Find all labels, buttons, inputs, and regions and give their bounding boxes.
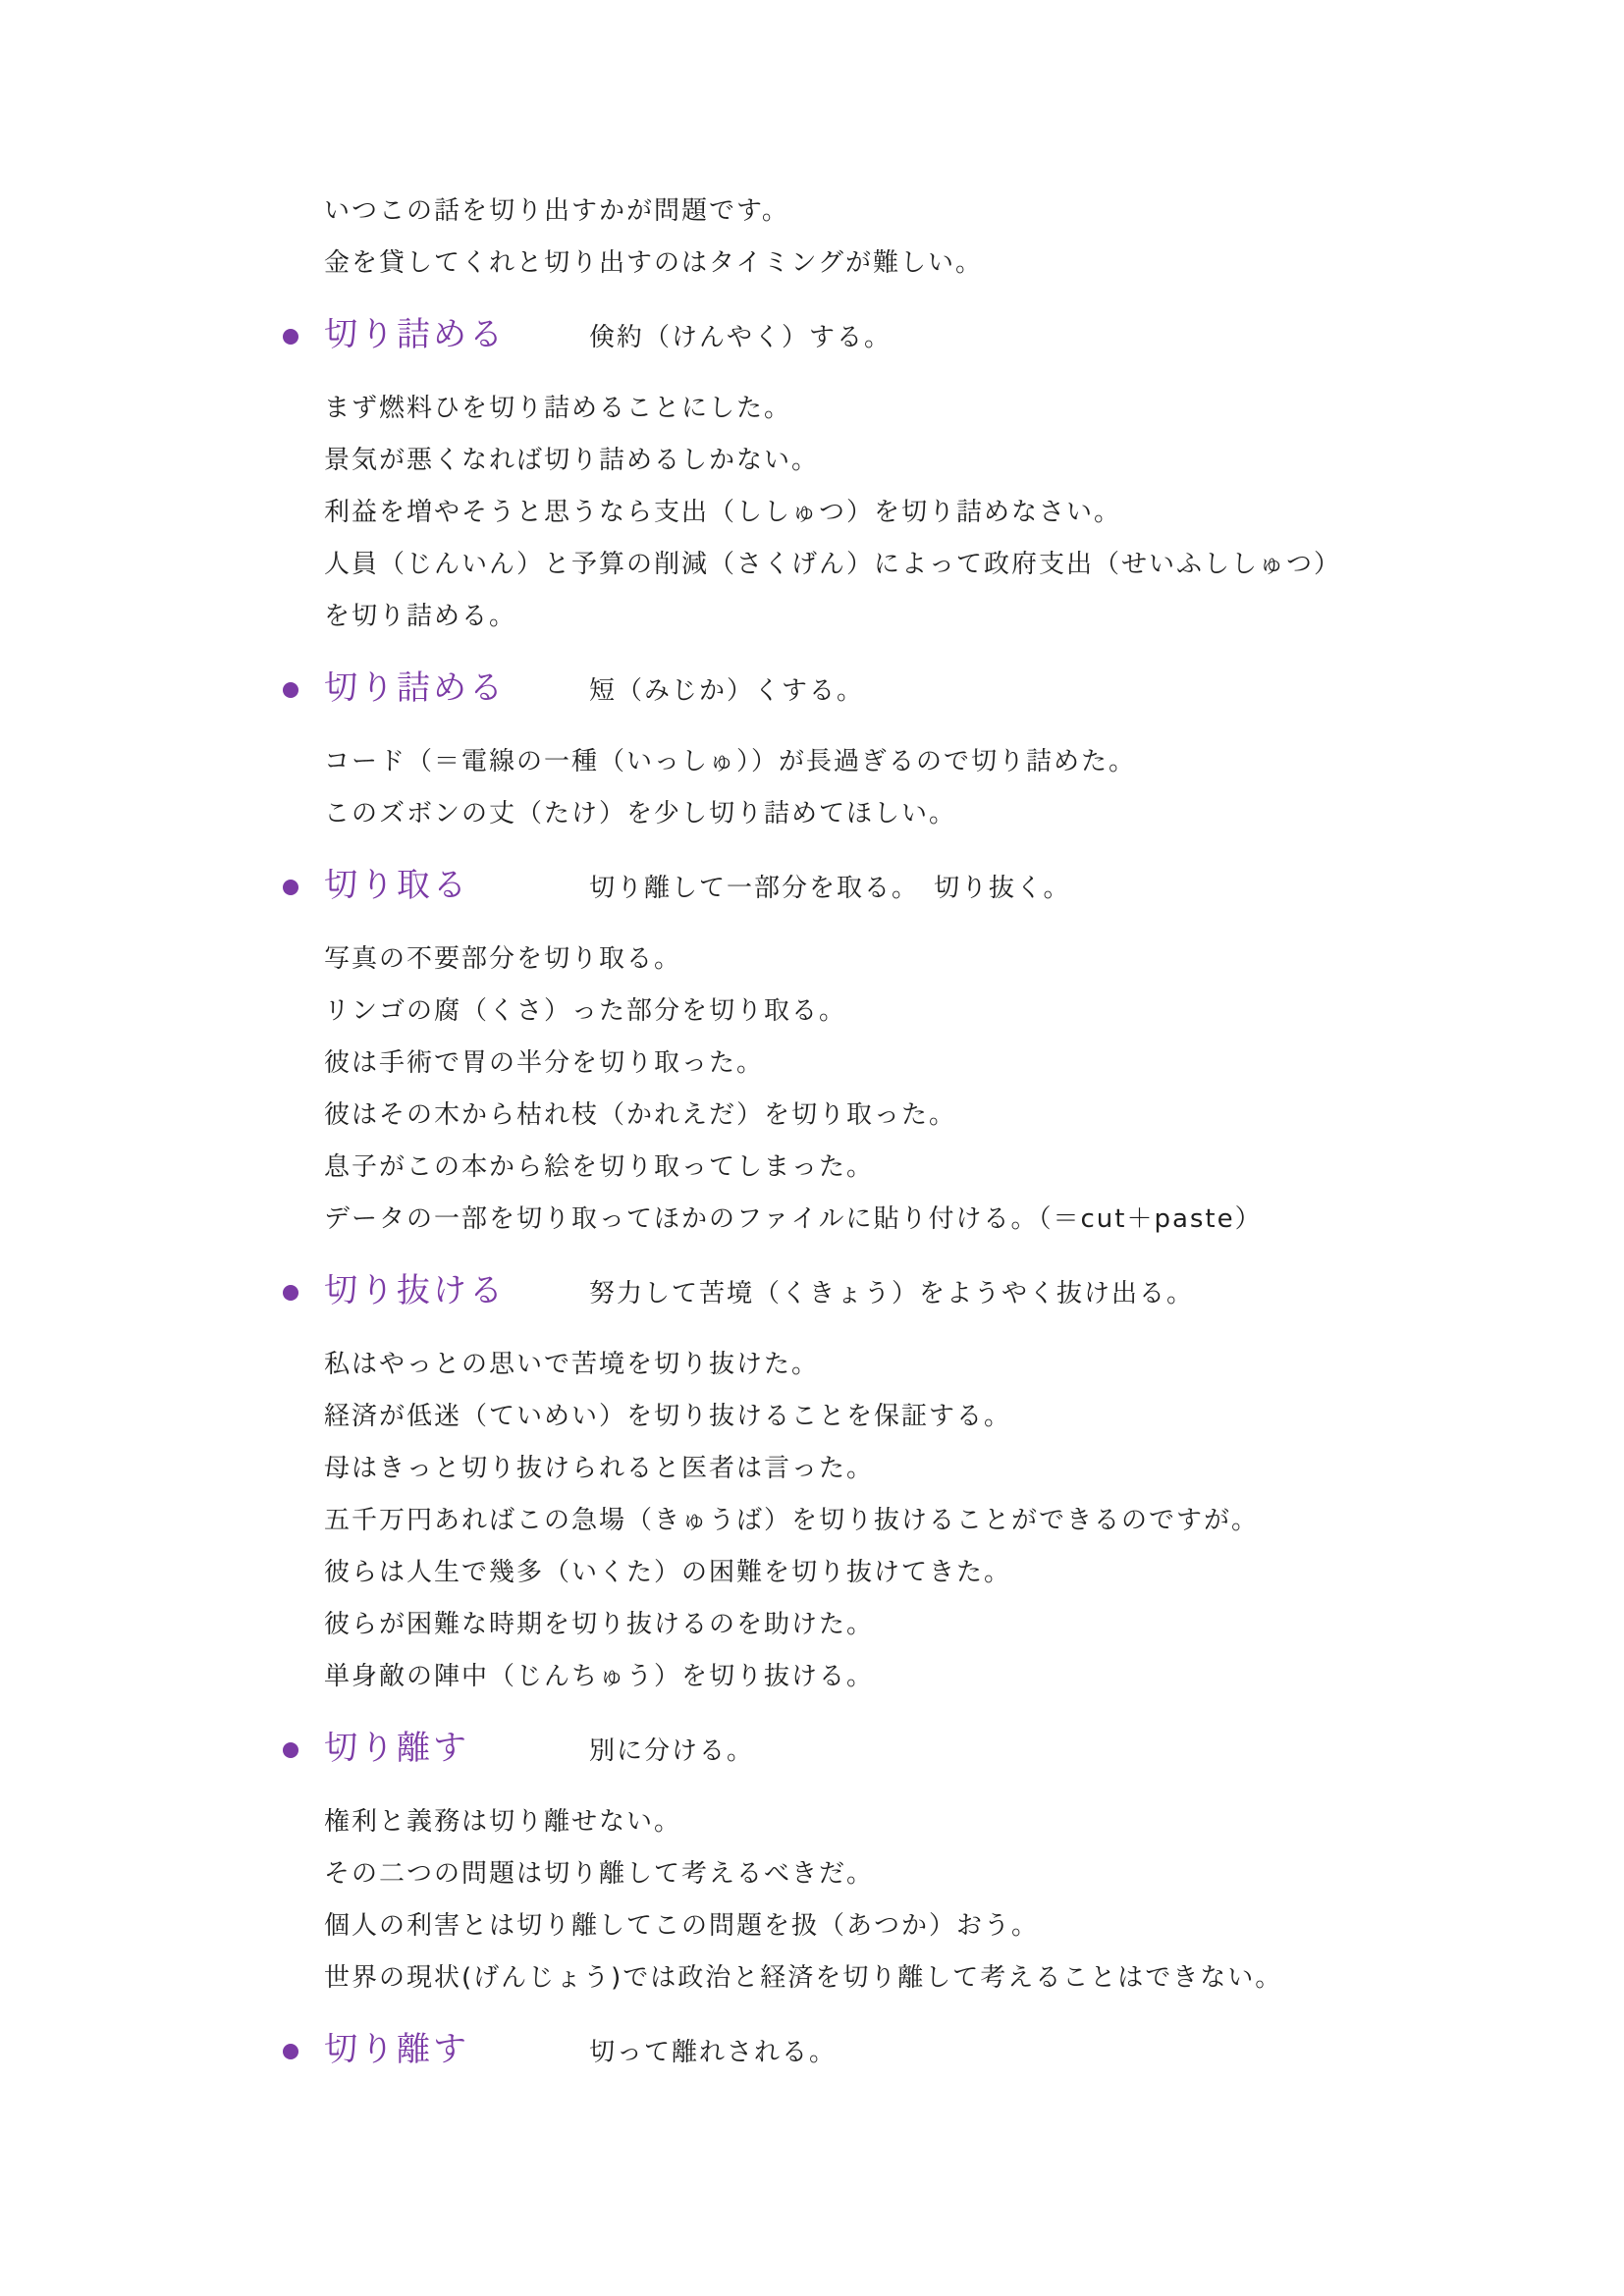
entry-header: 切り離す 別に分ける。 xyxy=(324,1723,1345,1778)
bullet-icon xyxy=(283,2044,298,2059)
intro-block: いつこの話を切り出すかが問題です。 金を貸してくれと切り出すのはタイミングが難し… xyxy=(324,186,1345,290)
headword: 切り詰める xyxy=(324,663,589,715)
examples-block: 権利と義務は切り離せない。 その二つの問題は切り離して考えるべきだ。 個人の利害… xyxy=(324,1796,1345,2004)
example-sentence: 母はきっと切り抜けられると医者は言った。 xyxy=(324,1443,1345,1495)
content-column: いつこの話を切り出すかが問題です。 金を貸してくれと切り出すのはタイミングが難し… xyxy=(324,186,1345,2079)
entry: 切り離す 切って離れされる。 xyxy=(324,2024,1345,2079)
entry-header: 切り詰める 短（みじか）くする。 xyxy=(324,663,1345,718)
example-sentence: 世界の現状(げんじょう)では政治と経済を切り離して考えることはできない。 xyxy=(324,1952,1345,2004)
intro-line: 金を貸してくれと切り出すのはタイミングが難しい。 xyxy=(324,238,1345,290)
example-sentence: 単身敵の陣中（じんちゅう）を切り抜ける。 xyxy=(324,1651,1345,1703)
example-sentence: 彼は手術で胃の半分を切り取った。 xyxy=(324,1038,1345,1090)
entry-header: 切り離す 切って離れされる。 xyxy=(324,2024,1345,2079)
entry: 切り詰める 短（みじか）くする。 コード（＝電線の一種（いっしゅ））が長過ぎるの… xyxy=(324,663,1345,840)
example-sentence: 写真の不要部分を切り取る。 xyxy=(324,934,1345,986)
example-sentence: その二つの問題は切り離して考えるべきだ。 xyxy=(324,1848,1345,1900)
example-sentence: 景気が悪くなれば切り詰めるしかない。 xyxy=(324,435,1345,487)
headword: 切り抜ける xyxy=(324,1265,589,1317)
bullet-icon xyxy=(283,329,298,345)
example-sentence: データの一部を切り取ってほかのファイルに貼り付ける。（＝cut＋paste） xyxy=(324,1194,1345,1246)
example-sentence: 彼はその木から枯れ枝（かれえだ）を切り取った。 xyxy=(324,1090,1345,1142)
example-sentence: コード（＝電線の一種（いっしゅ））が長過ぎるので切り詰めた。 xyxy=(324,736,1345,788)
examples-block: 写真の不要部分を切り取る。 リンゴの腐（くさ）った部分を切り取る。 彼は手術で胃… xyxy=(324,934,1345,1246)
examples-block: 私はやっとの思いで苦境を切り抜けた。 経済が低迷（ていめい）を切り抜けることを保… xyxy=(324,1339,1345,1703)
example-sentence: 彼らが困難な時期を切り抜けるのを助けた。 xyxy=(324,1599,1345,1651)
definition: 切って離れされる。 xyxy=(589,2027,837,2079)
entry-header: 切り抜ける 努力して苦境（くきょう）をようやく抜け出る。 xyxy=(324,1265,1345,1320)
example-sentence: リンゴの腐（くさ）った部分を切り取る。 xyxy=(324,986,1345,1038)
examples-block: コード（＝電線の一種（いっしゅ））が長過ぎるので切り詰めた。 このズボンの丈（た… xyxy=(324,736,1345,840)
example-sentence: このズボンの丈（たけ）を少し切り詰めてほしい。 xyxy=(324,788,1345,840)
example-sentence: まず燃料ひを切り詰めることにした。 xyxy=(324,383,1345,435)
definition: 短（みじか）くする。 xyxy=(589,666,864,718)
entry: 切り詰める 倹約（けんやく）する。 まず燃料ひを切り詰めることにした。 景気が悪… xyxy=(324,309,1345,643)
bullet-icon xyxy=(283,1742,298,1758)
definition: 別に分ける。 xyxy=(589,1726,754,1778)
intro-line: いつこの話を切り出すかが問題です。 xyxy=(324,186,1345,238)
headword: 切り取る xyxy=(324,860,589,912)
examples-block: まず燃料ひを切り詰めることにした。 景気が悪くなれば切り詰めるしかない。 利益を… xyxy=(324,383,1345,643)
entry: 切り離す 別に分ける。 権利と義務は切り離せない。 その二つの問題は切り離して考… xyxy=(324,1723,1345,2004)
example-sentence: 人員（じんいん）と予算の削減（さくげん）によって政府支出（せいふししゅつ）を切り… xyxy=(324,539,1345,643)
definition: 努力して苦境（くきょう）をようやく抜け出る。 xyxy=(589,1268,1194,1320)
example-sentence: 個人の利害とは切り離してこの問題を扱（あつか）おう。 xyxy=(324,1900,1345,1952)
headword: 切り離す xyxy=(324,1723,589,1775)
headword: 切り離す xyxy=(324,2024,589,2076)
example-sentence: 五千万円あればこの急場（きゅうば）を切り抜けることができるのですが。 xyxy=(324,1495,1345,1547)
example-sentence: 息子がこの本から絵を切り取ってしまった。 xyxy=(324,1142,1345,1194)
bullet-icon xyxy=(283,682,298,698)
entry: 切り抜ける 努力して苦境（くきょう）をようやく抜け出る。 私はやっとの思いで苦境… xyxy=(324,1265,1345,1703)
bullet-icon xyxy=(283,880,298,895)
page: いつこの話を切り出すかが問題です。 金を貸してくれと切り出すのはタイミングが難し… xyxy=(0,0,1624,2296)
entry-header: 切り詰める 倹約（けんやく）する。 xyxy=(324,309,1345,364)
definition: 倹約（けんやく）する。 xyxy=(589,312,892,364)
bullet-icon xyxy=(283,1285,298,1301)
example-sentence: 権利と義務は切り離せない。 xyxy=(324,1796,1345,1848)
entry-header: 切り取る 切り離して一部分を取る。 切り抜く。 xyxy=(324,860,1345,915)
example-sentence: 私はやっとの思いで苦境を切り抜けた。 xyxy=(324,1339,1345,1391)
headword: 切り詰める xyxy=(324,309,589,361)
example-sentence: 利益を増やそうと思うなら支出（ししゅつ）を切り詰めなさい。 xyxy=(324,487,1345,539)
example-sentence: 彼らは人生で幾多（いくた）の困難を切り抜けてきた。 xyxy=(324,1547,1345,1599)
example-sentence: 経済が低迷（ていめい）を切り抜けることを保証する。 xyxy=(324,1391,1345,1443)
definition: 切り離して一部分を取る。 切り抜く。 xyxy=(589,863,1070,915)
entry: 切り取る 切り離して一部分を取る。 切り抜く。 写真の不要部分を切り取る。 リン… xyxy=(324,860,1345,1246)
